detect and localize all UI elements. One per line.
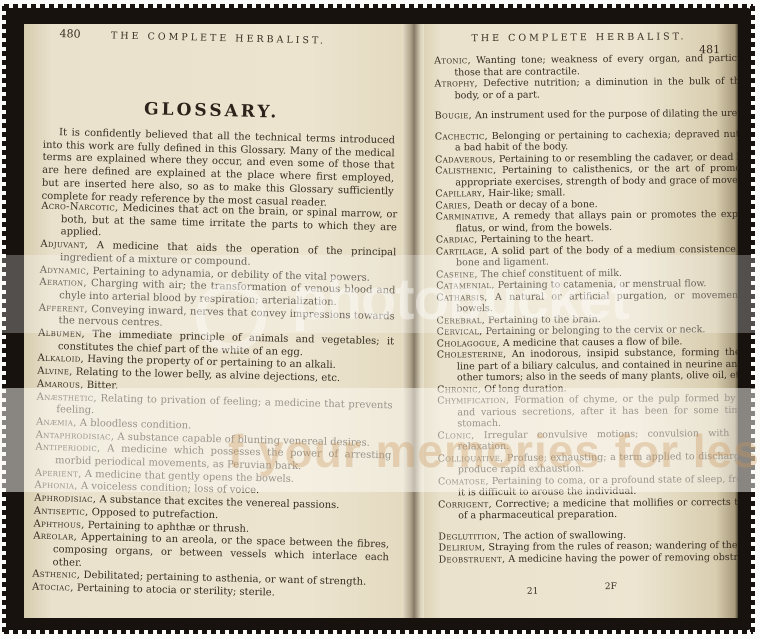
book-photo: 480 THE COMPLETE HERBALIST. GLOSSARY. It… (0, 0, 760, 639)
entry-definition: A bloodless condition. (77, 418, 192, 432)
entry-definition: Defective nutrition; a diminution in the… (454, 76, 738, 101)
glossary-entry: Atonic, Wanting tone; weakness of every … (434, 53, 738, 79)
glossary-entry: Cachectic, Belonging or pertaining to ca… (435, 128, 738, 154)
entry-definition: Corrective; a medicine that mollifies or… (458, 496, 738, 521)
entry-term: Caries, (435, 200, 470, 211)
entry-term: Cartilage, (436, 246, 487, 257)
entry-term: Atonic, (434, 55, 471, 66)
entry-term: Adynamic, (40, 264, 90, 276)
glossary-entry: Catharsis, A natural or artificial purga… (436, 289, 738, 315)
entry-term: Corrigent, (438, 499, 492, 510)
entry-term: Comatose, (438, 476, 489, 487)
entry-definition: An instrument used for the purpose of di… (472, 108, 738, 122)
glossary-heading: GLOSSARY. (28, 96, 396, 125)
entry-term: Areolar, (33, 531, 77, 543)
entry-term: Delirium, (438, 542, 485, 553)
entry-definition: Bitter. (84, 380, 119, 392)
entry-definition: A natural or artificial purgation, or mo… (456, 289, 738, 314)
entry-term: Afferent, (39, 302, 88, 314)
entry-term: Aeration, (39, 277, 87, 289)
glossary-entry: Atrophy, Defective nutrition; a diminuti… (434, 76, 738, 102)
glossary-entry: Chymification, Formation of chyme, or th… (437, 393, 738, 431)
glossary-entry: Clonic, Irregular convulsive motions; co… (437, 427, 738, 453)
entry-term: Aphonia, (34, 480, 78, 492)
entry-term: Anæmia, (36, 417, 77, 429)
entry-term: Carminative, (436, 211, 499, 223)
entry-term: Deobstruent, (439, 553, 506, 565)
entry-term: Asthenic, (32, 569, 80, 581)
entry-definition: Belonging or pertaining to cachexia; dep… (455, 128, 738, 153)
glossary-entry: Cholesterine, An inodorous, insipid subs… (437, 347, 738, 385)
entry-term: Atrophy, (434, 78, 478, 89)
entry-term: Clonic, (437, 430, 474, 441)
right-running-title: THE COMPLETE HERBALIST. (424, 31, 736, 45)
entry-term: Antiseptic, (34, 505, 89, 517)
glossary-entry: Cartilage, A solid part of the body of a… (436, 243, 738, 269)
entry-term: Acro-Narcotic, (41, 201, 119, 214)
entry-term: Cholagogue, (437, 337, 500, 349)
entry-term: Colliquative, (438, 452, 504, 464)
entry-definition: A solid part of the body of a medium con… (456, 243, 738, 268)
glossary-entry: Deobstruent, A medicine having the power… (439, 551, 738, 566)
entry-definition: Death or decay of a bone. (471, 199, 598, 211)
entry-definition: Pertaining to coma, or a profound state … (458, 473, 738, 498)
entry-term: Adjuvant, (40, 239, 88, 251)
glossary-entry: Bougie, An instrument used for the purpo… (435, 108, 738, 123)
entry-term: Cerebral, (436, 315, 485, 326)
glossary-entry: Calisthenic, Pertaining to calisthenics,… (435, 163, 738, 189)
entry-term: Cadaverous, (435, 154, 496, 166)
entry-term: Catharsis, (436, 292, 488, 303)
entry-term: Deglutition, (438, 530, 500, 542)
entry-term: Antiperiodic, (35, 442, 100, 455)
entry-term: Aphthous, (33, 518, 84, 530)
entry-definition: A remedy that allays pain or promotes th… (456, 209, 738, 234)
entry-term: Cardiac, (436, 234, 478, 245)
entry-definition: The action of swallowing. (500, 529, 626, 541)
entry-term: Aphrodisiac, (34, 493, 96, 506)
right-entry-list: Atonic, Wanting tone; weakness of every … (434, 53, 738, 566)
entry-term: Cervical, (437, 326, 483, 337)
entry-term: Chymification, (437, 395, 509, 407)
entry-term: Alkaloid, (37, 353, 84, 365)
entry-definition: A medicine that causes a flow of bile. (500, 336, 683, 349)
entry-term: Capillary, (435, 188, 485, 199)
entry-term: Albumen, (38, 328, 85, 340)
signature-number: 21 (527, 587, 539, 597)
entry-term: Cholesterine, (437, 349, 507, 361)
entry-term: Chronic, (437, 384, 481, 395)
book-gutter-shadow (402, 24, 424, 618)
entry-definition: Of long duration. (481, 383, 567, 395)
entry-term: Anæsthetic, (37, 391, 98, 403)
entry-term: Aperient, (35, 467, 82, 479)
entry-definition: A medicine having the power of removing … (505, 551, 738, 564)
left-entry-list: Acro-Narcotic, Medicines that act on the… (32, 201, 398, 603)
glossary-entry: Colliquative, Profuse; exhausting; a ter… (438, 450, 738, 476)
entry-term: Catamenial, (436, 280, 495, 292)
glossary-intro: It is confidently believed that all the … (41, 127, 395, 212)
entry-definition: Pertaining to the heart. (478, 233, 594, 245)
glossary-entry: Comatose, Pertaining to coma, or a profo… (438, 473, 738, 499)
glossary-entry: Corrigent, Corrective; a medicine that m… (438, 496, 738, 522)
entry-term: Caseine, (436, 269, 478, 280)
entry-definition: Hair-like; small. (485, 187, 565, 199)
entry-term: Amarous, (37, 379, 84, 391)
glossary-entry: Carminative, A remedy that allays pain o… (436, 209, 738, 235)
entry-definition: Appertaining to an areola, or the space … (52, 532, 389, 569)
left-running-title: THE COMPLETE HERBALIST. (29, 28, 402, 48)
entry-term: Antaphrodisiac, (36, 429, 115, 442)
entry-definition: Wanting tone; weakness of every organ, a… (454, 53, 738, 78)
entry-definition: Irregular convulsive motions; convulsion… (458, 427, 738, 452)
page-480: 480 THE COMPLETE HERBALIST. GLOSSARY. It… (24, 24, 402, 618)
entry-definition: Pertaining to calisthenics, or the art o… (455, 163, 738, 188)
page-481: THE COMPLETE HERBALIST. 481 Atonic, Want… (424, 24, 738, 618)
entry-definition: The chief constituent of milk. (478, 267, 622, 279)
open-book: 480 THE COMPLETE HERBALIST. GLOSSARY. It… (24, 24, 738, 618)
entry-definition: Pertaining to the brain. (485, 314, 601, 326)
signature-mark: 2F (605, 582, 617, 592)
entry-term: Atociac, (32, 582, 74, 594)
entry-term: Alvine, (37, 366, 73, 378)
entry-term: Calisthenic, (435, 165, 496, 177)
entry-term: Bougie, (435, 110, 472, 121)
entry-term: Cachectic, (435, 131, 488, 142)
entry-definition: Opposed to putrefaction. (88, 507, 218, 521)
